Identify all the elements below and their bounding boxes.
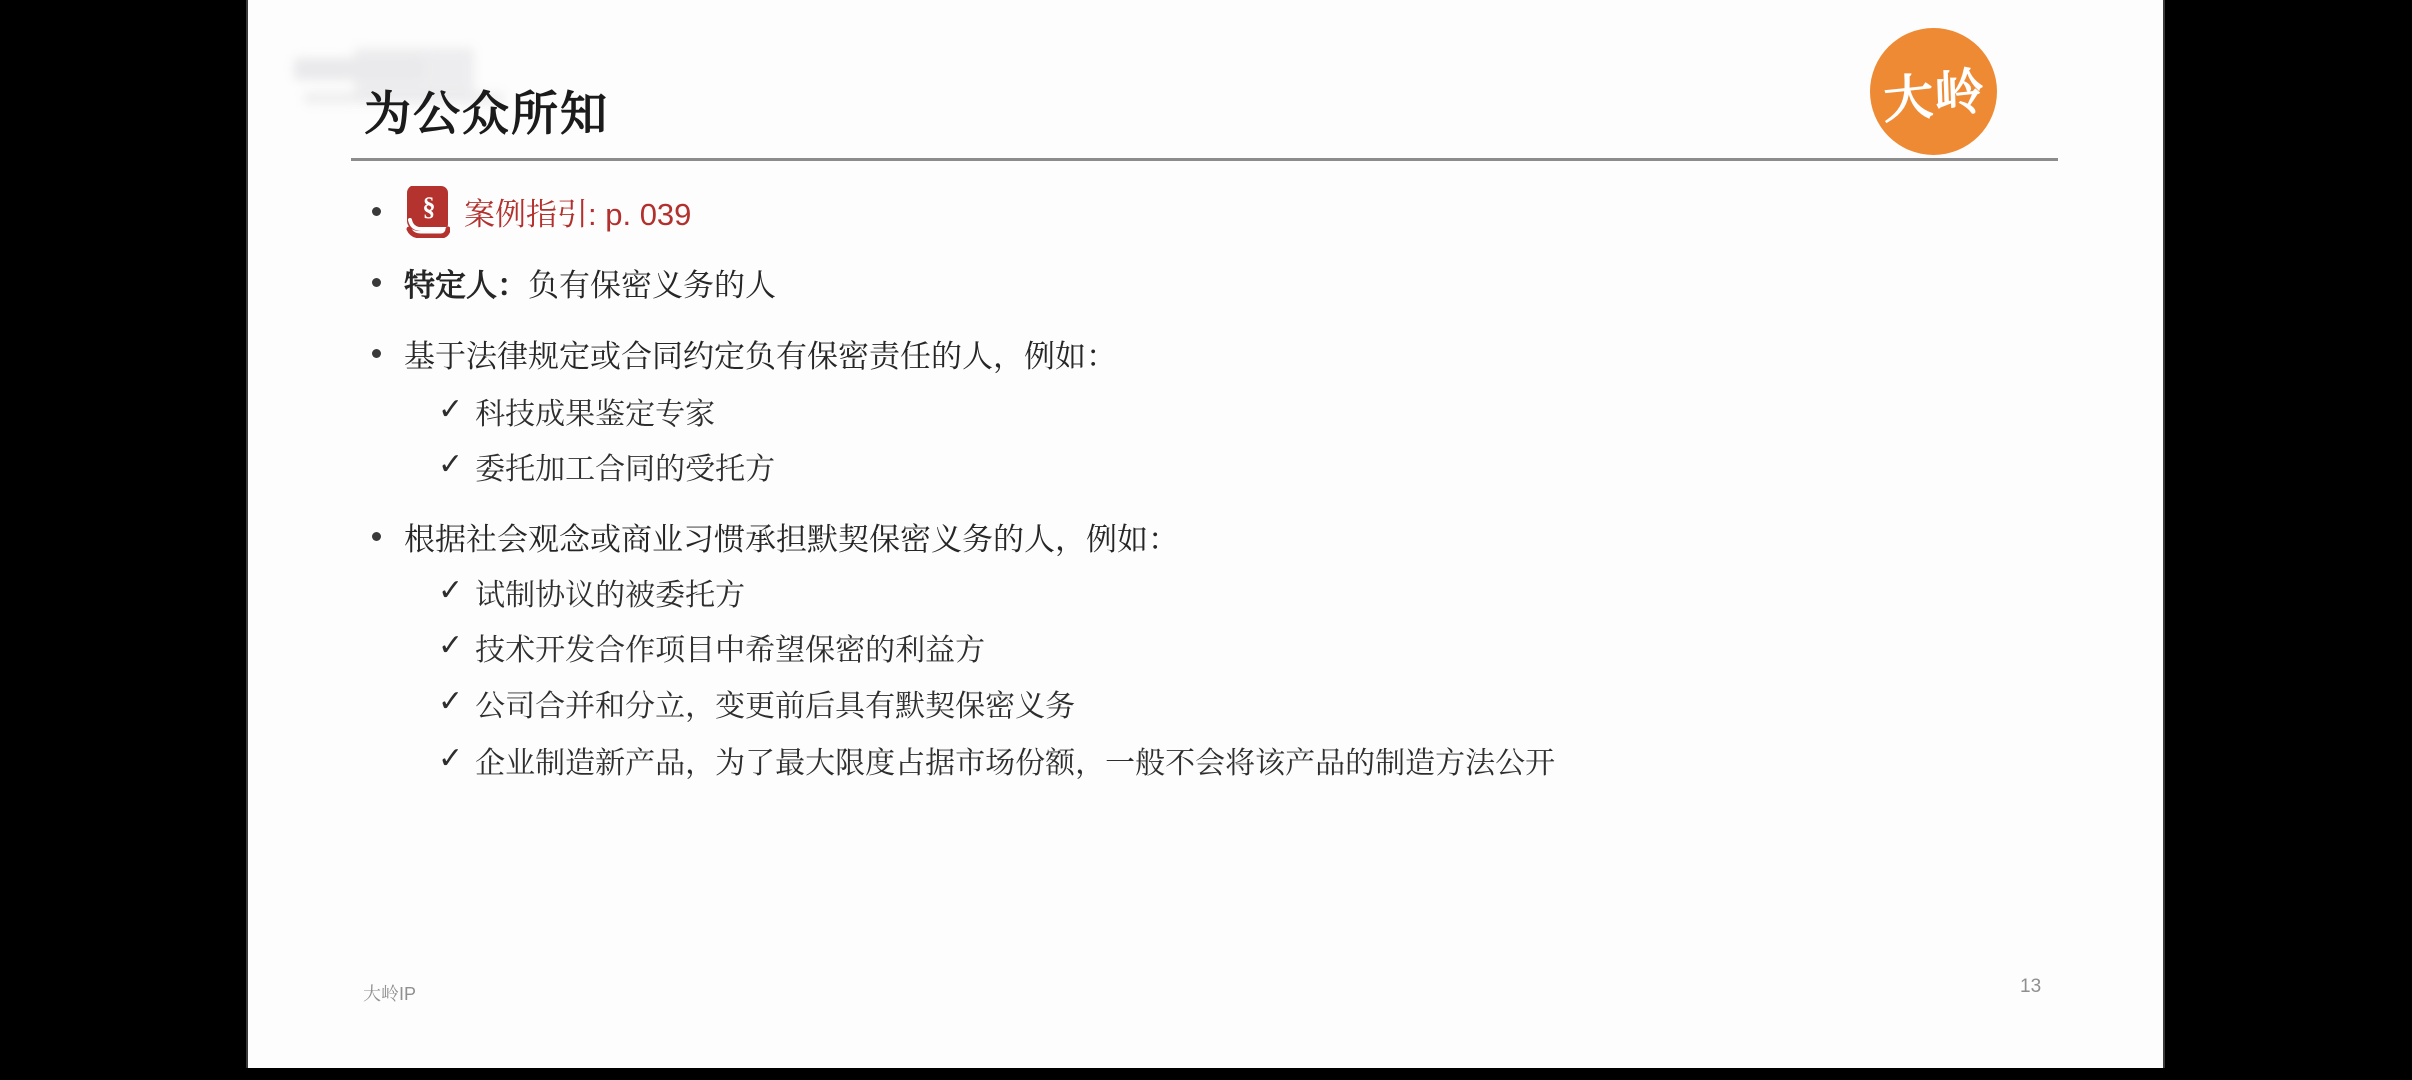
bullet-legal-basis: 基于法律规定或合同约定负有保密责任的人，例如： [372, 331, 1117, 375]
law-book-icon: § [405, 184, 450, 238]
title-divider [351, 158, 2058, 161]
checkmark-icon: ✓ [438, 684, 463, 719]
presentation-slide: 为公众所知 大岭 § 案例指引: p. 039 特定人：负有保密义务的人 [246, 0, 2165, 1068]
bullet-social-text: 根据社会观念或商业习惯承担默契保密义务的人，例如： [404, 514, 1179, 559]
bullet-social-convention: 根据社会观念或商业习惯承担默契保密义务的人，例如： [372, 514, 1179, 558]
checkmark-icon: ✓ [438, 628, 463, 663]
check-item-text: 企业制造新产品，为了最大限度占据市场份额，一般不会将该产品的制造方法公开 [475, 738, 1555, 782]
check-item: ✓ 企业制造新产品，为了最大限度占据市场份额，一般不会将该产品的制造方法公开 [438, 738, 1555, 782]
bullet-dot [372, 349, 381, 358]
check-item: ✓ 公司合并和分立，变更前后具有默契保密义务 [438, 681, 1075, 725]
letterbox-background: 为公众所知 大岭 § 案例指引: p. 039 特定人：负有保密义务的人 [0, 0, 2412, 1080]
check-item-text: 公司合并和分立，变更前后具有默契保密义务 [475, 681, 1075, 725]
reference-line: § 案例指引: p. 039 [372, 189, 691, 233]
check-item-text: 委托加工合同的受托方 [475, 444, 775, 488]
check-item: ✓ 技术开发合作项目中希望保密的利益方 [438, 625, 985, 669]
logo-text: 大岭 [1882, 50, 1986, 133]
checkmark-icon: ✓ [438, 741, 463, 776]
check-item: ✓ 试制协议的被委托方 [438, 570, 745, 614]
slide-title: 为公众所知 [364, 88, 609, 140]
bullet-specific-text: 特定人：负有保密义务的人 [404, 260, 776, 305]
bullet-specific-person: 特定人：负有保密义务的人 [372, 260, 776, 304]
checkmark-icon: ✓ [438, 573, 463, 608]
bullet-dot [372, 207, 381, 216]
bullet-legal-text: 基于法律规定或合同约定负有保密责任的人，例如： [404, 331, 1117, 376]
check-item-text: 试制协议的被委托方 [475, 570, 745, 614]
bullet-dot [372, 278, 381, 287]
bullet-dot [372, 532, 381, 541]
check-item-text: 技术开发合作项目中希望保密的利益方 [475, 625, 985, 669]
footer-brand: 大岭IP [363, 980, 416, 1006]
svg-text:§: § [423, 192, 436, 221]
checkmark-icon: ✓ [438, 392, 463, 427]
reference-text: 案例指引: p. 039 [464, 189, 691, 234]
bullet-specific-bold: 特定人： [404, 268, 528, 303]
check-item: ✓ 委托加工合同的受托方 [438, 444, 775, 488]
daling-logo: 大岭 [1870, 28, 1997, 155]
checkmark-icon: ✓ [438, 447, 463, 482]
bullet-specific-rest: 负有保密义务的人 [528, 268, 776, 303]
check-item-text: 科技成果鉴定专家 [475, 389, 715, 433]
check-item: ✓ 科技成果鉴定专家 [438, 389, 715, 433]
page-number: 13 [2020, 976, 2041, 998]
